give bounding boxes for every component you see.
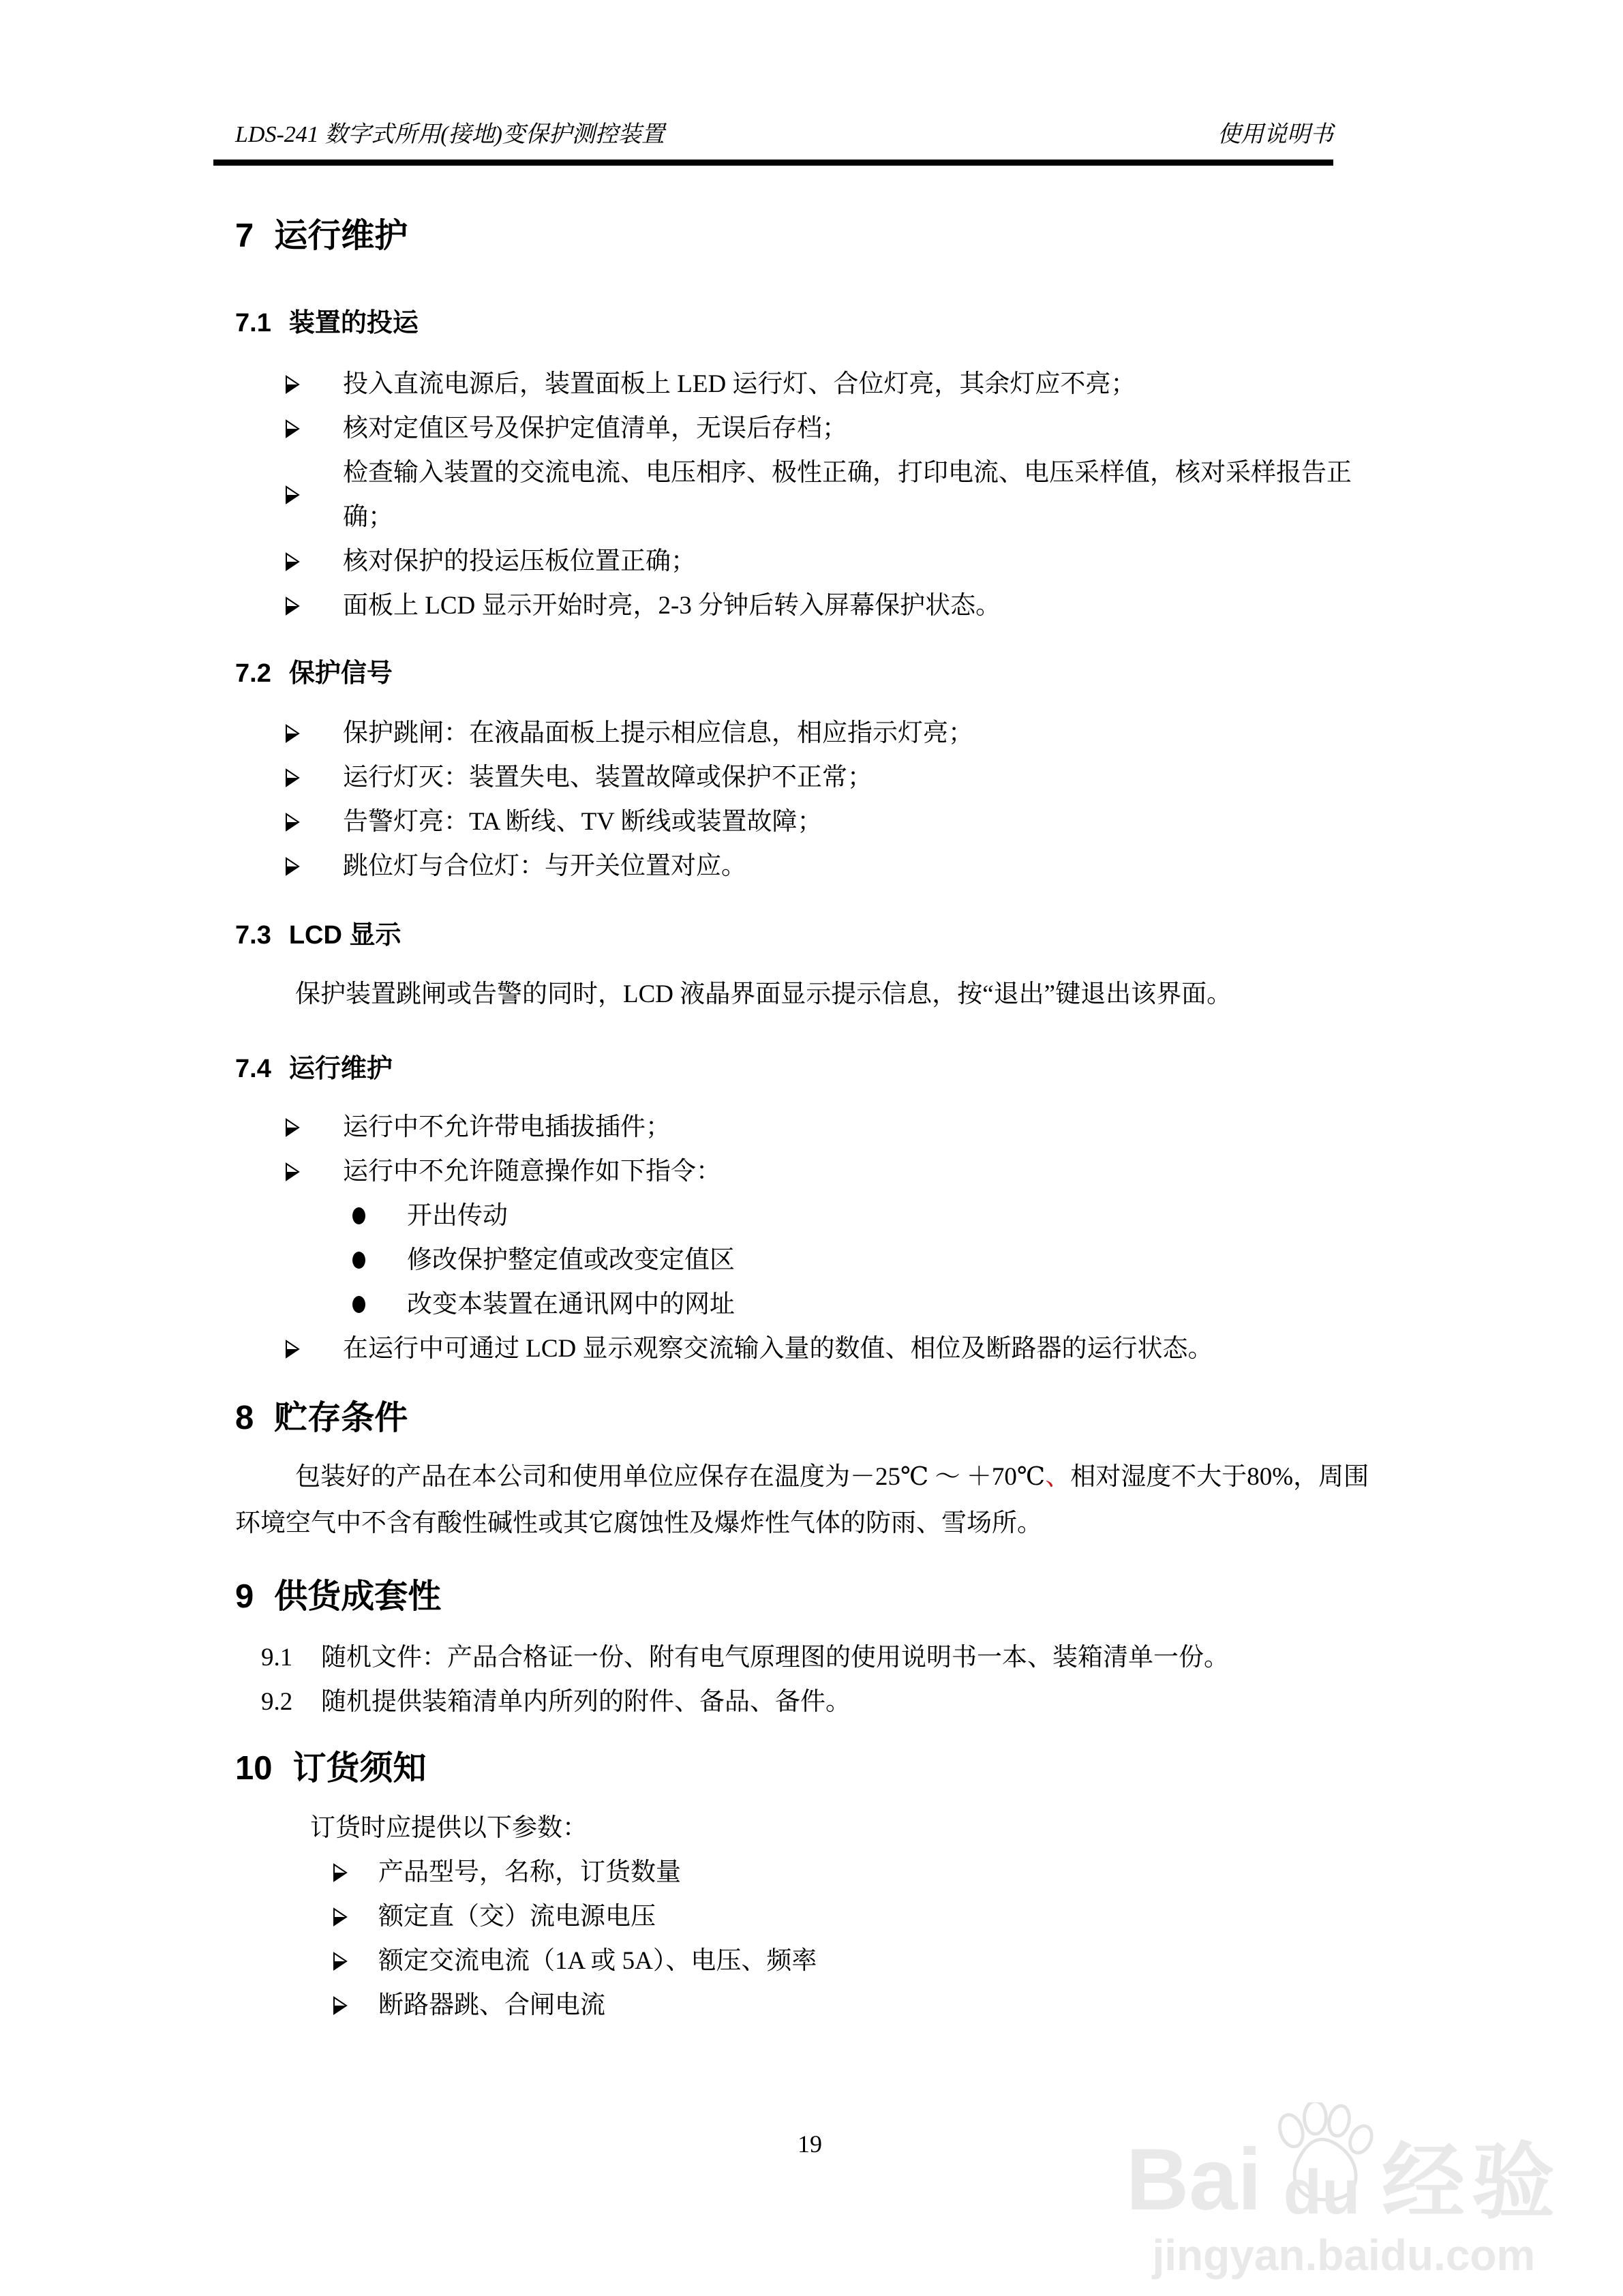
paragraph: 保护装置跳闸或告警的同时，LCD 液晶界面显示提示信息，按“退出”键退出该界面。	[235, 971, 1384, 1018]
arrow-bullet-icon	[284, 755, 343, 800]
list-item: 额定直（交）流电源电压	[235, 1894, 1384, 1939]
bullet-list-7-1: 投入直流电源后，装置面板上 LED 运行灯、合位灯亮，其余灯应不亮； 核对定值区…	[235, 362, 1384, 628]
red-punctuation-mark: 、	[1045, 1463, 1070, 1491]
list-item: 9.1 随机文件：产品合格证一份、附有电气原理图的使用说明书一本、装箱清单一份。	[235, 1635, 1384, 1680]
bullet-list-7-4: 运行中不允许带电插拔插件； 运行中不允许随意操作如下指令： 开出传动 修改保护整…	[235, 1105, 1384, 1371]
list-item-text: 改变本装置在通讯网中的网址	[407, 1282, 1384, 1327]
list-item: 保护跳闸：在液晶面板上提示相应信息，相应指示灯亮；	[235, 711, 1384, 755]
list-item: 断路器跳、合闸电流	[235, 1983, 1384, 2027]
section-number: 8	[235, 1398, 254, 1438]
section-number: 9	[235, 1577, 254, 1616]
section-heading-10: 10 订货须知	[235, 1749, 1384, 1788]
list-item-text: 运行中不允许随意操作如下指令：	[343, 1149, 1384, 1194]
list-item: 核对保护的投运压板位置正确；	[235, 539, 1384, 584]
dot-bullet-icon	[352, 1238, 407, 1282]
list-item: 运行灯灭：装置失电、装置故障或保护不正常；	[235, 755, 1384, 800]
section-heading-7-1: 7.1 装置的投运	[235, 307, 1384, 339]
arrow-bullet-icon	[284, 1149, 343, 1194]
list-item-text: 开出传动	[407, 1194, 1384, 1238]
list-item-text: 面板上 LCD 显示开始时亮，2-3 分钟后转入屏幕保护状态。	[343, 584, 1384, 628]
arrow-bullet-icon	[332, 1894, 378, 1939]
section-title: 供货成套性	[274, 1577, 441, 1616]
order-intro-text: 订货时应提供以下参数：	[235, 1806, 1384, 1850]
storage-text-start: 包装好的产品在本公司和使用单位应保存在温度为－25℃ ～ ＋70℃	[295, 1463, 1045, 1491]
arrow-bullet-icon	[284, 711, 343, 755]
doc-header: LDS-241 数字式所用(接地)变保护测控装置 使用说明书	[213, 121, 1333, 166]
list-item-text: 告警灯亮：TA 断线、TV 断线或装置故障；	[343, 800, 1384, 844]
section-title: 订货须知	[293, 1749, 427, 1788]
list-item: 产品型号，名称，订货数量	[235, 1850, 1384, 1894]
list-item-text: 断路器跳、合闸电流	[378, 1983, 1384, 2027]
bullet-list-10: 产品型号，名称，订货数量 额定直（交）流电源电压 额定交流电流（1A 或 5A）…	[235, 1850, 1384, 2027]
watermark-brand-cn: 经验	[1382, 2141, 1562, 2224]
list-item-text: 运行灯灭：装置失电、装置故障或保护不正常；	[343, 755, 1384, 800]
dot-bullet-icon	[352, 1194, 407, 1238]
item-number: 9.1	[261, 1635, 321, 1680]
arrow-bullet-icon	[284, 1327, 343, 1371]
list-item-text: 在运行中可通过 LCD 显示观察交流输入量的数值、相位及断路器的运行状态。	[343, 1327, 1384, 1371]
list-item: 核对定值区号及保护定值清单，无误后存档；	[235, 406, 1384, 451]
arrow-bullet-icon	[332, 1983, 378, 2027]
section-heading-7: 7 运行维护	[235, 216, 1384, 256]
list-item: 面板上 LCD 显示开始时亮，2-3 分钟后转入屏幕保护状态。	[235, 584, 1384, 628]
list-item-text: 随机提供装箱清单内所列的附件、备品、备件。	[321, 1680, 1384, 1724]
section-number: 7.1	[235, 307, 271, 339]
section-heading-7-3: 7.3 LCD 显示	[235, 920, 1384, 951]
section-title: 保护信号	[289, 658, 393, 689]
list-item-text: 运行中不允许带电插拔插件；	[343, 1105, 1384, 1149]
arrow-bullet-icon	[332, 1850, 378, 1894]
section-heading-9: 9 供货成套性	[235, 1577, 1384, 1616]
list-item: 改变本装置在通讯网中的网址	[235, 1282, 1384, 1327]
list-item-text: 额定直（交）流电源电压	[378, 1894, 1384, 1939]
list-item: 告警灯亮：TA 断线、TV 断线或装置故障；	[235, 800, 1384, 844]
list-item-text: 检查输入装置的交流电流、电压相序、极性正确，打印电流、电压采样值，核对采样报告正…	[343, 451, 1384, 539]
header-doc-type: 使用说明书	[1217, 121, 1333, 149]
baidu-watermark: Bai du 经验 jingyan.baidu.com	[1126, 2102, 1562, 2277]
section-heading-7-4: 7.4 运行维护	[235, 1053, 1384, 1085]
list-item: 投入直流电源后，装置面板上 LED 运行灯、合位灯亮，其余灯应不亮；	[235, 362, 1384, 406]
section-title: 运行维护	[289, 1053, 393, 1085]
list-item: 9.2 随机提供装箱清单内所列的附件、备品、备件。	[235, 1680, 1384, 1724]
section-number: 7.2	[235, 658, 271, 689]
list-item: 检查输入装置的交流电流、电压相序、极性正确，打印电流、电压采样值，核对采样报告正…	[235, 451, 1384, 539]
list-item: 开出传动	[235, 1194, 1384, 1238]
list-item-text: 跳位灯与合位灯：与开关位置对应。	[343, 844, 1384, 888]
section-number: 10	[235, 1749, 273, 1788]
arrow-bullet-icon	[284, 844, 343, 888]
watermark-brand-bai: Bai	[1126, 2136, 1262, 2224]
list-item-text: 投入直流电源后，装置面板上 LED 运行灯、合位灯亮，其余灯应不亮；	[343, 362, 1384, 406]
arrow-bullet-icon	[284, 406, 343, 451]
watermark-brand-du: du	[1284, 2161, 1360, 2224]
list-item-text: 保护跳闸：在液晶面板上提示相应信息，相应指示灯亮；	[343, 711, 1384, 755]
numbered-list-9: 9.1 随机文件：产品合格证一份、附有电气原理图的使用说明书一本、装箱清单一份。…	[235, 1635, 1384, 1724]
list-item: 额定交流电流（1A 或 5A）、电压、频率	[235, 1939, 1384, 1983]
list-item-text: 修改保护整定值或改变定值区	[407, 1238, 1384, 1282]
section-title: LCD 显示	[289, 920, 401, 951]
list-item-text: 核对保护的投运压板位置正确；	[343, 539, 1384, 584]
header-product-title: LDS-241 数字式所用(接地)变保护测控装置	[235, 121, 665, 149]
arrow-bullet-icon	[284, 451, 343, 539]
list-item: 运行中不允许带电插拔插件；	[235, 1105, 1384, 1149]
section-number: 7.4	[235, 1053, 271, 1085]
section-title: 装置的投运	[289, 307, 419, 339]
arrow-bullet-icon	[284, 800, 343, 844]
paragraph: 包装好的产品在本公司和使用单位应保存在温度为－25℃ ～ ＋70℃、相对湿度不大…	[235, 1454, 1384, 1547]
section-title: 运行维护	[274, 216, 408, 256]
section-heading-7-2: 7.2 保护信号	[235, 658, 1384, 689]
section-number: 7	[235, 216, 254, 256]
arrow-bullet-icon	[284, 362, 343, 406]
section-title: 贮存条件	[274, 1398, 408, 1438]
document-page: LDS-241 数字式所用(接地)变保护测控装置 使用说明书 7 运行维护 7.…	[0, 0, 1623, 2296]
watermark-site: jingyan.baidu.com	[1126, 2233, 1562, 2277]
dot-bullet-icon	[352, 1282, 407, 1327]
section-number: 7.3	[235, 920, 271, 951]
list-item: 运行中不允许随意操作如下指令：	[235, 1149, 1384, 1194]
arrow-bullet-icon	[332, 1939, 378, 1983]
list-item: 跳位灯与合位灯：与开关位置对应。	[235, 844, 1384, 888]
bullet-list-7-2: 保护跳闸：在液晶面板上提示相应信息，相应指示灯亮； 运行灯灭：装置失电、装置故障…	[235, 711, 1384, 888]
arrow-bullet-icon	[284, 1105, 343, 1149]
list-item-text: 核对定值区号及保护定值清单，无误后存档；	[343, 406, 1384, 451]
arrow-bullet-icon	[284, 584, 343, 628]
arrow-bullet-icon	[284, 539, 343, 584]
list-item: 在运行中可通过 LCD 显示观察交流输入量的数值、相位及断路器的运行状态。	[235, 1327, 1384, 1371]
section-heading-8: 8 贮存条件	[235, 1398, 1384, 1438]
item-number: 9.2	[261, 1680, 321, 1724]
list-item-text: 随机文件：产品合格证一份、附有电气原理图的使用说明书一本、装箱清单一份。	[321, 1635, 1384, 1680]
page-content: LDS-241 数字式所用(接地)变保护测控装置 使用说明书 7 运行维护 7.…	[235, 121, 1384, 2027]
list-item-text: 额定交流电流（1A 或 5A）、电压、频率	[378, 1939, 1384, 1983]
list-item-text: 产品型号，名称，订货数量	[378, 1850, 1384, 1894]
list-item: 修改保护整定值或改变定值区	[235, 1238, 1384, 1282]
